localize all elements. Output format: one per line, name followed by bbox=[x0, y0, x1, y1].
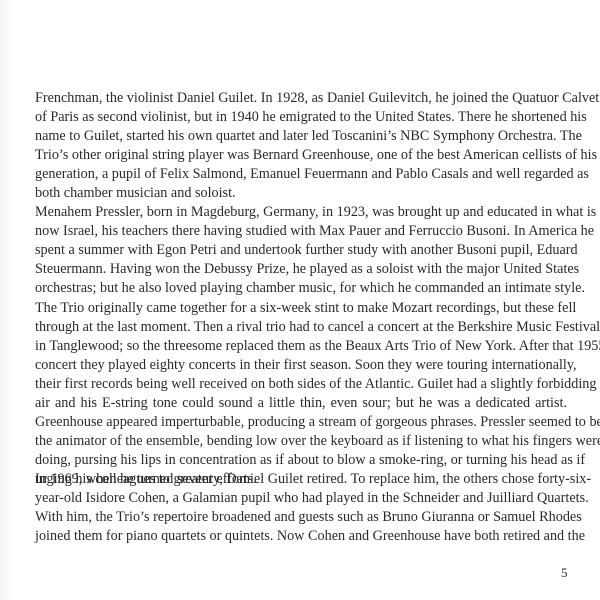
page-edge-shadow bbox=[0, 0, 14, 600]
text-line: doing, pursing his lips in concentration… bbox=[35, 451, 567, 470]
text-line: joined them for piano quartets or quinte… bbox=[35, 527, 567, 546]
paragraph-4: In 1969, when he turned seventy, Daniel … bbox=[35, 470, 567, 546]
text-line: generation, a pupil of Felix Salmond, Em… bbox=[35, 165, 567, 184]
text-line: Greenhouse appeared imperturbable, produ… bbox=[35, 413, 567, 432]
paragraph-3: The Trio originally came together for a … bbox=[35, 299, 567, 489]
text-line: concert they played eighty concerts in t… bbox=[35, 356, 567, 375]
page-number: 5 bbox=[561, 565, 568, 581]
text-line: air and his E-string tone could sound a … bbox=[35, 394, 567, 413]
text-line: year-old Isidore Cohen, a Galamian pupil… bbox=[35, 489, 567, 508]
text-line: in Tanglewood; so the threesome replaced… bbox=[35, 337, 567, 356]
paragraph-2: Menahem Pressler, born in Magdeburg, Ger… bbox=[35, 203, 567, 298]
text-line: With him, the Trio’s repertoire broadene… bbox=[35, 508, 567, 527]
text-line: Menahem Pressler, born in Magdeburg, Ger… bbox=[35, 203, 567, 222]
text-line: spent a summer with Egon Petri and under… bbox=[35, 241, 567, 260]
text-line: Trio’s other original string player was … bbox=[35, 146, 567, 165]
text-line: now Israel, his teachers there having st… bbox=[35, 222, 567, 241]
text-line: Steuermann. Having won the Debussy Prize… bbox=[35, 260, 567, 279]
document-page: Frenchman, the violinist Daniel Guilet. … bbox=[0, 0, 600, 600]
text-line: The Trio originally came together for a … bbox=[35, 299, 567, 318]
text-line: their first records being well received … bbox=[35, 375, 567, 394]
text-line: In 1969, when he turned seventy, Daniel … bbox=[35, 470, 567, 489]
text-line: through at the last moment. Then a rival… bbox=[35, 318, 567, 337]
text-line: the animator of the ensemble, bending lo… bbox=[35, 432, 567, 451]
text-line: name to Guilet, started his own quartet … bbox=[35, 127, 567, 146]
text-line: both chamber musician and soloist. bbox=[35, 184, 567, 203]
paragraph-1: Frenchman, the violinist Daniel Guilet. … bbox=[35, 89, 567, 203]
text-line: orchestras; but he also loved playing ch… bbox=[35, 279, 567, 298]
text-line: Frenchman, the violinist Daniel Guilet. … bbox=[35, 89, 567, 108]
text-line: of Paris as second violinist, but in 194… bbox=[35, 108, 567, 127]
